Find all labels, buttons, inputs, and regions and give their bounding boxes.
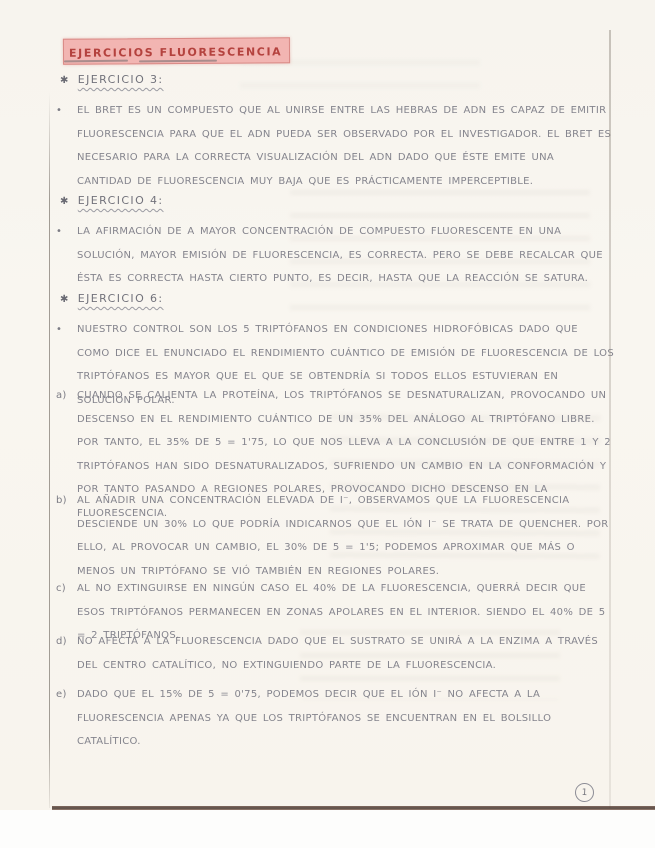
paragraph-text: DADO QUE EL 15% DE 5 = 0'75, PODEMOS DEC… <box>77 683 614 754</box>
paragraph-ej3: • EL BRET ES UN COMPUESTO QUE AL UNIRSE … <box>56 99 614 193</box>
bullet-marker: • <box>56 99 77 123</box>
item-marker: b) <box>56 489 77 513</box>
heading-ejercicio-3: ✱EJERCICIO 3: <box>60 73 164 86</box>
heading-label: EJERCICIO 6: <box>78 292 164 305</box>
item-marker: d) <box>56 630 77 654</box>
paragraph-ej6-d: d) NO AFECTA A LA FLUORESCENCIA DADO QUE… <box>56 630 614 677</box>
paper-left-edge-line <box>49 92 50 808</box>
paragraph-text: EL BRET ES UN COMPUESTO QUE AL UNIRSE EN… <box>77 99 614 193</box>
paragraph-text: LA AFIRMACIÓN DE A MAYOR CONCENTRACIÓN D… <box>77 220 614 291</box>
paper-right-edge-line <box>609 30 611 808</box>
page-title: EJERCICIOS FLUORESCENCIA <box>69 45 282 59</box>
paragraph-ej6-b: b) AL AÑADIR UNA CONCENTRACIÓN ELEVADA D… <box>56 489 614 583</box>
heading-label: EJERCICIO 4: <box>78 194 164 207</box>
paragraph-text: AL AÑADIR UNA CONCENTRACIÓN ELEVADA DE I… <box>77 489 614 583</box>
asterisk-icon: ✱ <box>60 75 70 86</box>
paragraph-text: NO AFECTA A LA FLUORESCENCIA DADO QUE EL… <box>77 630 614 677</box>
scan-background <box>0 810 655 848</box>
paragraph-ej4: • LA AFIRMACIÓN DE A MAYOR CONCENTRACIÓN… <box>56 220 614 291</box>
page-number: 1 <box>581 787 587 797</box>
item-marker: a) <box>56 384 77 408</box>
item-marker: c) <box>56 577 77 601</box>
bullet-marker: • <box>56 318 77 342</box>
bullet-marker: • <box>56 220 77 244</box>
paragraph-ej6-e: e) DADO QUE EL 15% DE 5 = 0'75, PODEMOS … <box>56 683 614 754</box>
heading-ejercicio-6: ✱EJERCICIO 6: <box>60 292 164 305</box>
page-number-badge: 1 <box>575 783 595 803</box>
bleedthrough-smudge <box>240 60 480 90</box>
heading-ejercicio-4: ✱EJERCICIO 4: <box>60 194 164 207</box>
scanned-notes-page: EJERCICIOS FLUORESCENCIA ✱EJERCICIO 3: •… <box>0 0 655 848</box>
heading-label: EJERCICIO 3: <box>78 73 164 86</box>
asterisk-icon: ✱ <box>60 196 70 207</box>
item-marker: e) <box>56 683 77 707</box>
asterisk-icon: ✱ <box>60 294 70 305</box>
paper-sheet: EJERCICIOS FLUORESCENCIA ✱EJERCICIO 3: •… <box>0 0 655 810</box>
